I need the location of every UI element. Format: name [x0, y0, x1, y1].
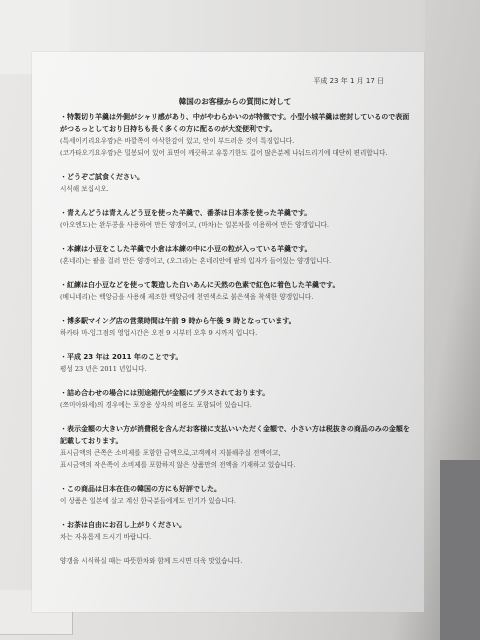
background-paper-top [70, 0, 425, 52]
qa-section: ・お茶は自由にお召し上がりください。차는 자유롭게 드시기 바랍니다. [60, 519, 410, 543]
japanese-text: ・詰め合わせの場合には別途箱代が金額にプラスされております。 [60, 387, 410, 399]
document-sections: ・特製切り羊羹は外側がシャリ感があり、中がやわらかいのが特徴です。小型小城羊羹は… [60, 111, 410, 567]
korean-translation: (베니네리)는 백앙금을 사용해 제조한 백앙금에 천연색소로 붉은색을 착색한… [60, 291, 410, 303]
document-title: 韓国のお客様からの質問に対して [60, 96, 410, 107]
korean-translation: (쯔미아와세)의 경우에는 포장용 상자의 비용도 포함되어 있습니다. [60, 399, 410, 411]
korean-translation: 평성 23 년은 2011 년입니다. [60, 363, 410, 375]
japanese-text: ・この商品は日本在住の韓国の方にも好評でした。 [60, 483, 410, 495]
qa-section: ・表示金額の大きい方が消費税を含んだお客様に支払いいただく金額で、小さい方は税抜… [60, 423, 410, 471]
korean-translation: (혼네리)는 팥을 걸러 만든 양갱이고, (오그라)는 혼네리안에 팥의 입자… [60, 255, 410, 267]
japanese-text: ・表示金額の大きい方が消費税を含んだお客様に支払いいただく金額で、小さい方は税抜… [60, 423, 410, 447]
korean-translation: 하카타 마-잉그점의 영업시간은 오전 9 시부터 오후 9 시까지 입니다. [60, 327, 410, 339]
qa-section: ・青えんどうは青えんどう豆を使った羊羹で、番茶は日本茶を使った羊羹です。(아오엔… [60, 207, 410, 231]
qa-section: ・博多駅マイング店の営業時間は午前 9 時から午後 9 時となっています。하카타… [60, 315, 410, 339]
qa-section: 양갱을 시식하실 때는 따뜻한차와 함께 드시면 더욱 맛있습니다. [60, 555, 410, 567]
qa-section: ・この商品は日本在住の韓国の方にも好評でした。이 상품은 일본에 살고 계신 한… [60, 483, 410, 507]
qa-section: ・詰め合わせの場合には別途箱代が金額にプラスされております。(쯔미아와세)의 경… [60, 387, 410, 411]
korean-translation: (특세이키리요우깡)은 바깥쪽이 아삭한감이 있고, 안이 부드러운 것이 특징… [60, 135, 410, 147]
korean-translation: (코가타오기요우깡)은 밀봉되어 있어 표면이 깨끗하고 유통기한도 길어 많은… [60, 147, 410, 159]
qa-section: ・紅練は白小豆などを使って製造した白いあんに天然の色素で紅色に着色した羊羹です。… [60, 279, 410, 303]
japanese-text: ・博多駅マイング店の営業時間は午前 9 時から午後 9 時となっています。 [60, 315, 410, 327]
japanese-text: ・お茶は自由にお召し上がりください。 [60, 519, 410, 531]
document-content: 韓国のお客様からの質問に対して ・特製切り羊羹は外側がシャリ感があり、中がやわら… [60, 66, 410, 579]
qa-section: ・本練は小豆をこした羊羹で小倉は本練の中に小豆の粒が入っている羊羹です。(혼네리… [60, 243, 410, 267]
posted-notice-page: 平成 23 年 1 月 17 日 韓国のお客様からの質問に対して ・特製切り羊羹… [32, 52, 424, 612]
qa-section: ・特製切り羊羹は外側がシャリ感があり、中がやわらかいのが特徴です。小型小城羊羹は… [60, 111, 410, 159]
japanese-text: ・青えんどうは青えんどう豆を使った羊羹で、番茶は日本茶を使った羊羹です。 [60, 207, 410, 219]
shadow-area [440, 460, 480, 640]
japanese-text: ・どうぞご試食ください。 [60, 171, 410, 183]
japanese-text: ・紅練は白小豆などを使って製造した白いあんに天然の色素で紅色に着色した羊羹です。 [60, 279, 410, 291]
japanese-text: ・本練は小豆をこした羊羹で小倉は本練の中に小豆の粒が入っている羊羹です。 [60, 243, 410, 255]
qa-section: ・どうぞご試食ください。시식해 보십시오. [60, 171, 410, 195]
korean-translation: 시식해 보십시오. [60, 183, 410, 195]
korean-translation: 표시금액의 큰쪽은 소비제를 포함한 금액으로,고객께서 지불해주실 전액이고, [60, 447, 410, 459]
korean-translation: 표시금액의 작은쪽이 소비제를 포함하지 않은 상품만의 전액을 기재하고 있습… [60, 459, 410, 471]
japanese-text: ・平成 23 年は 2011 年のことです。 [60, 351, 410, 363]
korean-translation: (아오엔도)는 완두콩을 사용하여 만든 양갱이고, (마차)는 일본차를 이용… [60, 219, 410, 231]
qa-section: ・平成 23 年は 2011 年のことです。평성 23 년은 2011 년입니다… [60, 351, 410, 375]
korean-translation: 차는 자유롭게 드시기 바랍니다. [60, 531, 410, 543]
korean-translation: 양갱을 시식하실 때는 따뜻한차와 함께 드시면 더욱 맛있습니다. [60, 555, 410, 567]
korean-translation: 이 상품은 일본에 살고 계신 한국분들에게도 인기가 있습니다. [60, 495, 410, 507]
japanese-text: ・特製切り羊羹は外側がシャリ感があり、中がやわらかいのが特徴です。小型小城羊羹は… [60, 111, 410, 135]
